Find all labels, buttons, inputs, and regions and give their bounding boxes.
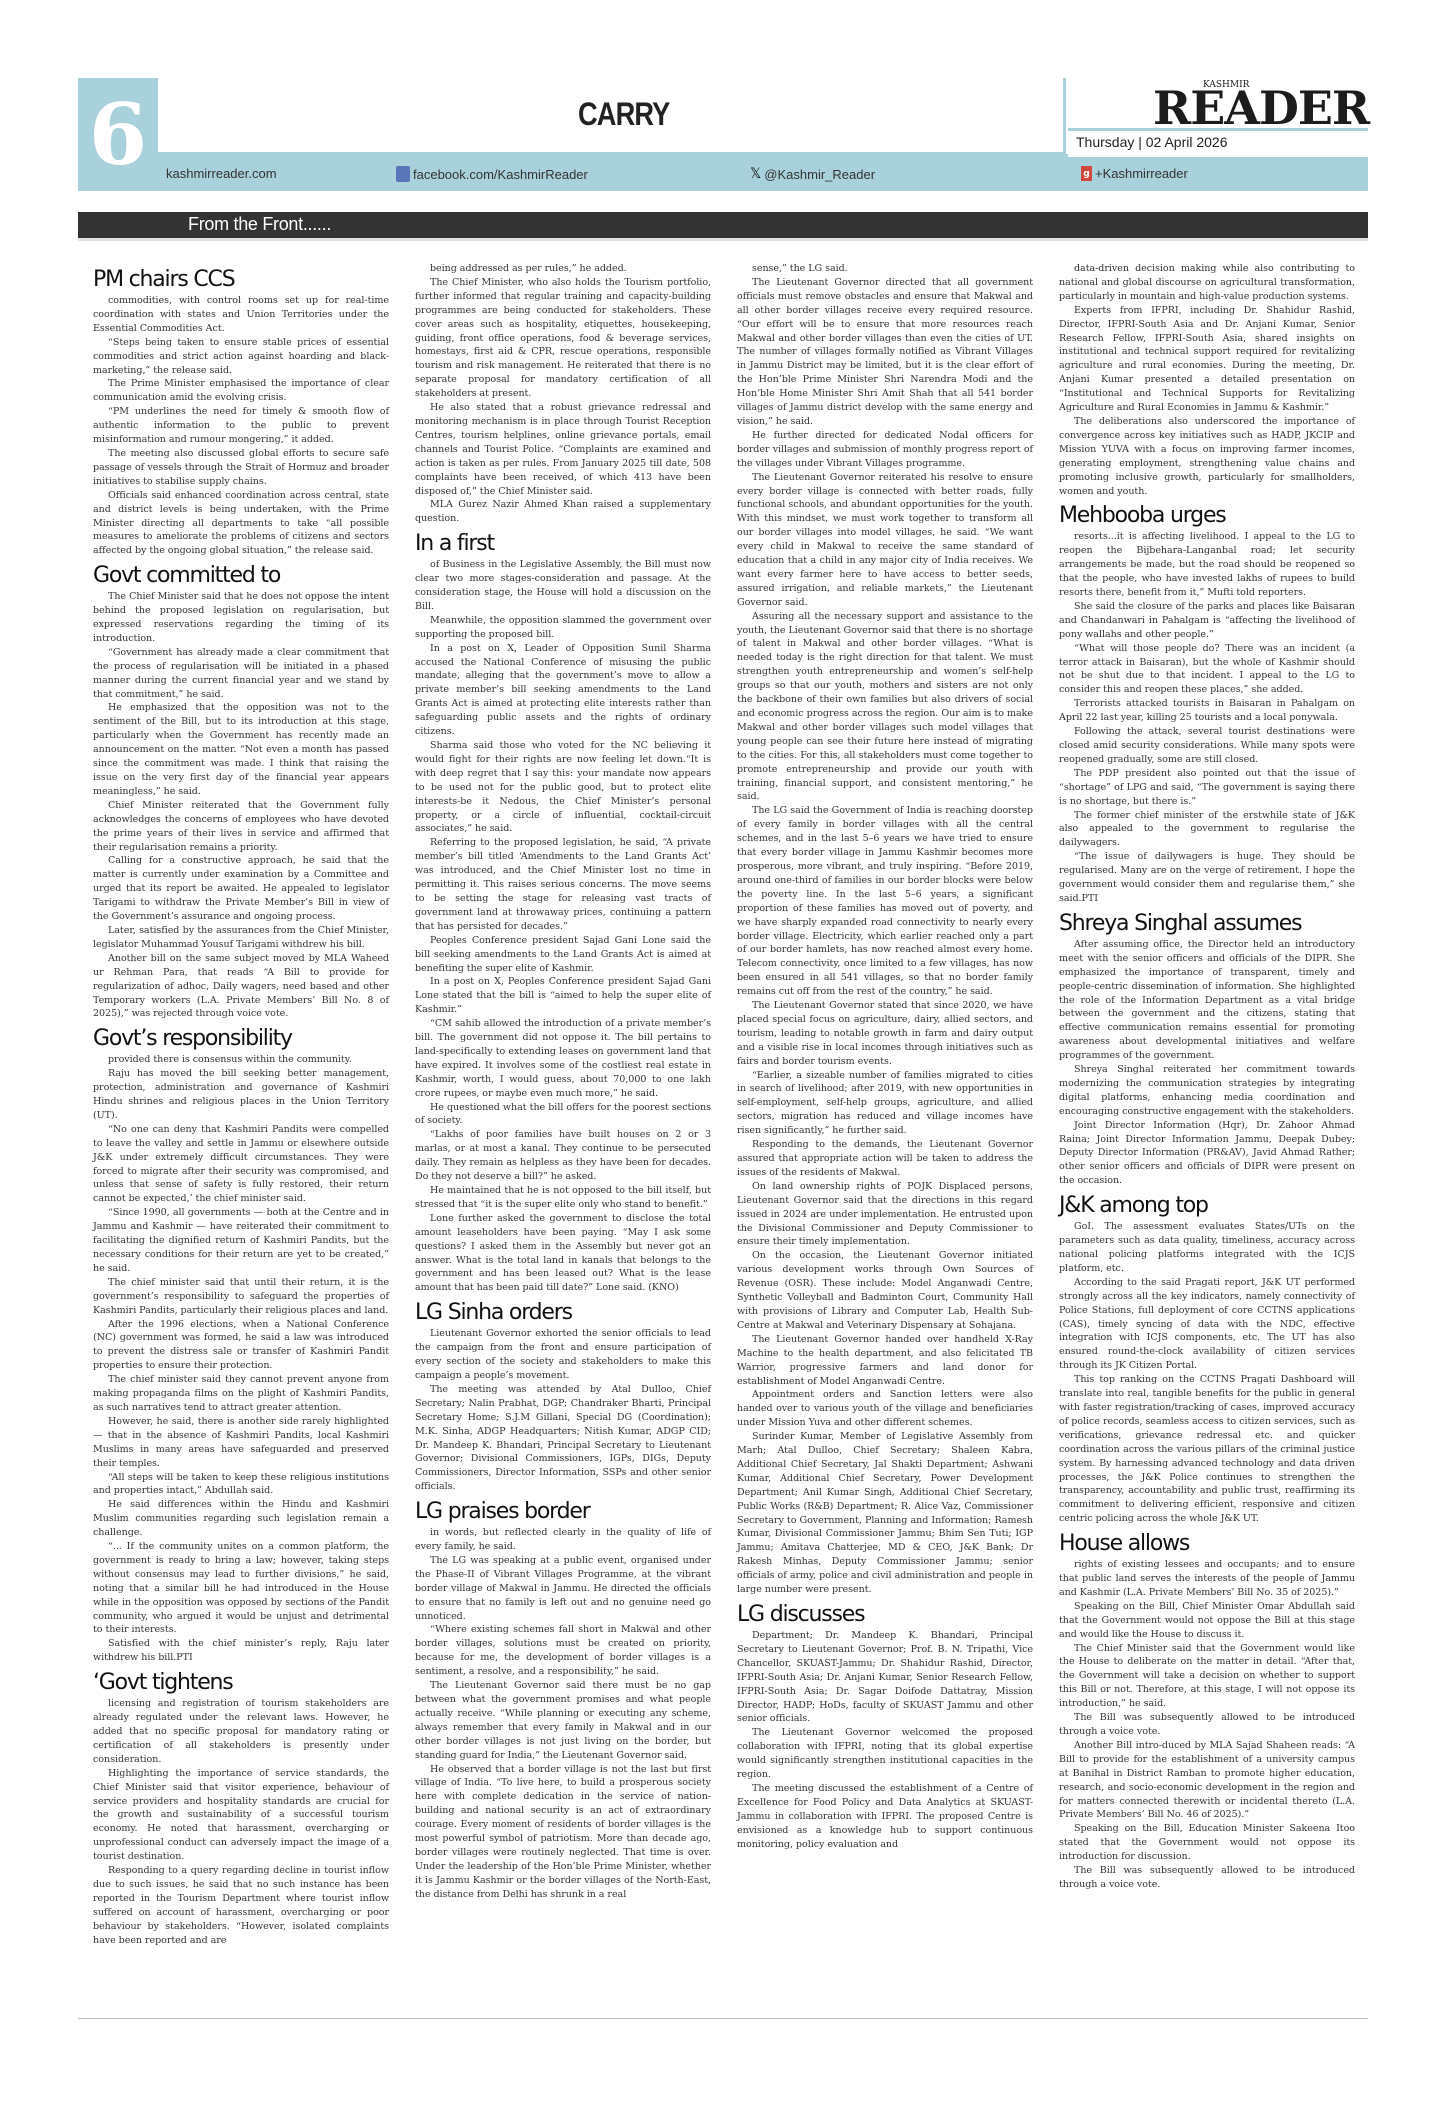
twitter-link[interactable]: 𝕏 @Kashmir_Reader (750, 166, 875, 182)
story-paragraph: The meeting discussed the establishment … (737, 1782, 1033, 1852)
story-paragraph: Department; Dr. Mandeep K. Bhandari, Pri… (737, 1629, 1033, 1726)
column-3: sense,” the LG said.The Lieutenant Gover… (737, 262, 1033, 1948)
story-paragraph: Highlighting the importance of service s… (93, 1767, 389, 1864)
story-paragraph: of Business in the Legislative Assembly,… (415, 558, 711, 614)
story-paragraph: Following the attack, several tourist de… (1059, 725, 1355, 767)
story-headline[interactable]: PM chairs CCS (93, 268, 389, 292)
story-paragraph: Surinder Kumar, Member of Legislative As… (737, 1430, 1033, 1597)
story-paragraph: He questioned what the bill offers for t… (415, 1101, 711, 1129)
story-paragraph: He further directed for dedicated Nodal … (737, 429, 1033, 471)
news-story: Mehbooba urgesresorts...it is affecting … (1059, 504, 1355, 905)
bottom-rule (78, 2018, 1368, 2019)
story-paragraph: The meeting was attended by Atal Dulloo,… (415, 1383, 711, 1494)
story-paragraph: “PM underlines the need for timely & smo… (93, 405, 389, 447)
story-paragraph: MLA Gurez Nazir Ahmed Khan raised a supp… (415, 498, 711, 526)
story-paragraph: “Since 1990, all governments — both at t… (93, 1206, 389, 1276)
masthead: 6 CARRY KASHMIR READER Thursday | 02 Apr… (78, 78, 1368, 191)
story-paragraph: Raju has moved the bill seeking better m… (93, 1067, 389, 1123)
story-paragraph: In a post on X, Peoples Conference presi… (415, 975, 711, 1017)
story-paragraph: being addressed as per rules,” he added. (415, 262, 711, 276)
news-story: LG discussesDepartment; Dr. Mandeep K. B… (737, 1603, 1033, 1852)
story-paragraph: He observed that a border village is not… (415, 1763, 711, 1902)
story-paragraph: resorts...it is affecting livelihood. I … (1059, 530, 1355, 600)
story-paragraph: The meeting also discussed global effort… (93, 447, 389, 489)
facebook-label: facebook.com/KashmirReader (413, 167, 588, 182)
story-headline[interactable]: LG Sinha orders (415, 1301, 711, 1325)
story-paragraph: The Chief Minister said that the Governm… (1059, 1642, 1355, 1712)
story-headline[interactable]: Mehbooba urges (1059, 504, 1355, 528)
story-paragraph: The Lieutenant Governor stated that sinc… (737, 999, 1033, 1069)
article-columns: PM chairs CCScommodities, with control r… (93, 262, 1358, 1948)
story-paragraph: “Lakhs of poor families have built house… (415, 1128, 711, 1184)
story-headline[interactable]: In a first (415, 532, 711, 556)
story-paragraph: The former chief minister of the erstwhi… (1059, 809, 1355, 851)
googleplus-link[interactable]: g +Kashmirreader (1081, 166, 1188, 181)
story-paragraph: Responding to the demands, the Lieutenan… (737, 1138, 1033, 1180)
news-story: Govt committed toThe Chief Minister said… (93, 564, 389, 1021)
twitter-label: @Kashmir_Reader (764, 167, 875, 182)
story-headline[interactable]: Shreya Singhal assumes (1059, 912, 1355, 936)
story-paragraph: Terrorists attacked tourists in Baisaran… (1059, 697, 1355, 725)
story-paragraph: However, he said, there is another side … (93, 1415, 389, 1471)
story-paragraph: Officials said enhanced coordination acr… (93, 489, 389, 559)
story-paragraph: In a post on X, Leader of Opposition Sun… (415, 642, 711, 739)
story-paragraph: The Prime Minister emphasised the import… (93, 377, 389, 405)
news-story: being addressed as per rules,” he added.… (415, 262, 711, 526)
story-paragraph: Appointment orders and Sanction letters … (737, 1388, 1033, 1430)
website-link[interactable]: kashmirreader.com (166, 166, 277, 181)
story-paragraph: The PDP president also pointed out that … (1059, 767, 1355, 809)
story-paragraph: The Bill was subsequently allowed to be … (1059, 1864, 1355, 1892)
news-story: sense,” the LG said.The Lieutenant Gover… (737, 262, 1033, 1597)
story-paragraph: “Where existing schemes fall short in Ma… (415, 1623, 711, 1679)
masthead-divider (158, 152, 1063, 155)
story-paragraph: “CM sahib allowed the introduction of a … (415, 1017, 711, 1100)
column-1: PM chairs CCScommodities, with control r… (93, 262, 389, 1948)
story-paragraph: He said differences within the Hindu and… (93, 1498, 389, 1540)
story-paragraph: Referring to the proposed legislation, h… (415, 836, 711, 933)
news-story: ‘Govt tightenslicensing and registration… (93, 1671, 389, 1947)
website-label: kashmirreader.com (166, 166, 277, 181)
story-headline[interactable]: J&K among top (1059, 1194, 1355, 1218)
story-headline[interactable]: Govt’s responsibility (93, 1027, 389, 1051)
news-story: J&K among topGoI. The assessment evaluat… (1059, 1194, 1355, 1526)
story-paragraph: The Chief Minister said that he does not… (93, 590, 389, 646)
story-paragraph: This top ranking on the CCTNS Pragati Da… (1059, 1373, 1355, 1526)
googleplus-label: +Kashmirreader (1095, 166, 1188, 181)
page-number: 6 (78, 78, 158, 191)
story-paragraph: Later, satisfied by the assurances from … (93, 924, 389, 952)
section-bar-label: From the Front...... (188, 214, 331, 235)
column-4: data-driven decision making while also c… (1059, 262, 1355, 1948)
story-paragraph: After assuming office, the Director held… (1059, 938, 1355, 1063)
story-paragraph: Speaking on the Bill, Education Minister… (1059, 1822, 1355, 1864)
story-paragraph: The deliberations also underscored the i… (1059, 415, 1355, 498)
logo-reader: READER (1153, 81, 1369, 135)
googleplus-icon: g (1081, 166, 1092, 181)
masthead-vertical-divider (1063, 78, 1066, 154)
story-paragraph: GoI. The assessment evaluates States/UTs… (1059, 1220, 1355, 1276)
story-paragraph: Responding to a query regarding decline … (93, 1864, 389, 1947)
news-story: data-driven decision making while also c… (1059, 262, 1355, 498)
news-story: LG Sinha ordersLieutenant Governor exhor… (415, 1301, 711, 1494)
story-paragraph: Another Bill intro-duced by MLA Sajad Sh… (1059, 1739, 1355, 1822)
news-story: In a firstof Business in the Legislative… (415, 532, 711, 1295)
story-paragraph: Sharma said those who voted for the NC b… (415, 739, 711, 836)
story-paragraph: The Lieutenant Governor reiterated his r… (737, 471, 1033, 610)
story-paragraph: He emphasized that the opposition was no… (93, 701, 389, 798)
section-bar: From the Front...... (78, 212, 1368, 241)
story-paragraph: He also stated that a robust grievance r… (415, 401, 711, 498)
story-paragraph: The chief minister said that until their… (93, 1276, 389, 1318)
story-paragraph: The Bill was subsequently allowed to be … (1059, 1711, 1355, 1739)
story-paragraph: She said the closure of the parks and pl… (1059, 600, 1355, 642)
story-paragraph: “Government has already made a clear com… (93, 646, 389, 702)
story-paragraph: He maintained that he is not opposed to … (415, 1184, 711, 1212)
story-paragraph: Meanwhile, the opposition slammed the go… (415, 614, 711, 642)
story-paragraph: data-driven decision making while also c… (1059, 262, 1355, 304)
story-paragraph: Peoples Conference president Sajad Gani … (415, 934, 711, 976)
news-story: Govt’s responsibilityprovided there is c… (93, 1027, 389, 1665)
story-paragraph: “The issue of dailywagers is huge. They … (1059, 850, 1355, 906)
story-headline[interactable]: ‘Govt tightens (93, 1671, 389, 1695)
column-2: being addressed as per rules,” he added.… (415, 262, 711, 1948)
section-title: CARRY (578, 96, 669, 133)
story-paragraph: “Earlier, a sizeable number of families … (737, 1069, 1033, 1139)
story-paragraph: Another bill on the same subject moved b… (93, 952, 389, 1022)
story-paragraph: The chief minister said they cannot prev… (93, 1373, 389, 1415)
story-paragraph: Joint Director Information (Hqr), Dr. Za… (1059, 1119, 1355, 1189)
story-paragraph: “... If the community unites on a common… (93, 1540, 389, 1637)
story-paragraph: On the occasion, the Lieutenant Governor… (737, 1249, 1033, 1332)
story-paragraph: The Lieutenant Governor said there must … (415, 1679, 711, 1762)
story-paragraph: rights of existing lessees and occupants… (1059, 1558, 1355, 1600)
story-paragraph: licensing and registration of tourism st… (93, 1697, 389, 1767)
story-paragraph: sense,” the LG said. (737, 262, 1033, 276)
story-paragraph: provided there is consensus within the c… (93, 1053, 389, 1067)
story-paragraph: After the 1996 elections, when a Nationa… (93, 1318, 389, 1374)
news-story: House allowsrights of existing lessees a… (1059, 1532, 1355, 1892)
logo-kashmir: KASHMIR (1203, 80, 1249, 90)
story-paragraph: Calling for a constructive approach, he … (93, 854, 389, 924)
story-headline[interactable]: House allows (1059, 1532, 1355, 1556)
story-paragraph: “All steps will be taken to keep these r… (93, 1471, 389, 1499)
story-paragraph: Experts from IFPRI, including Dr. Shahid… (1059, 304, 1355, 415)
facebook-link[interactable]: facebook.com/KashmirReader (396, 166, 588, 182)
story-paragraph: in words, but reflected clearly in the q… (415, 1526, 711, 1554)
story-paragraph: Shreya Singhal reiterated her commitment… (1059, 1063, 1355, 1119)
story-paragraph: “Steps being taken to ensure stable pric… (93, 336, 389, 378)
story-paragraph: Speaking on the Bill, Chief Minister Oma… (1059, 1600, 1355, 1642)
news-story: PM chairs CCScommodities, with control r… (93, 268, 389, 558)
story-paragraph: Lieutenant Governor exhorted the senior … (415, 1327, 711, 1383)
story-paragraph: On land ownership rights of POJK Displac… (737, 1180, 1033, 1250)
story-paragraph: The Lieutenant Governor directed that al… (737, 276, 1033, 429)
facebook-icon (396, 166, 410, 182)
story-paragraph: Assuring all the necessary support and a… (737, 610, 1033, 805)
story-paragraph: The Chief Minister, who also holds the T… (415, 276, 711, 401)
news-story: Shreya Singhal assumesAfter assuming off… (1059, 912, 1355, 1188)
date-box: Thursday | 02 April 2026 (1068, 128, 1368, 157)
story-paragraph: “No one can deny that Kashmiri Pandits w… (93, 1123, 389, 1206)
story-paragraph: Satisfied with the chief minister’s repl… (93, 1637, 389, 1665)
story-paragraph: Chief Minister reiterated that the Gover… (93, 799, 389, 855)
story-paragraph: The Lieutenant Governor handed over hand… (737, 1333, 1033, 1389)
story-paragraph: According to the said Pragati report, J&… (1059, 1276, 1355, 1373)
story-paragraph: “What will those people do? There was an… (1059, 642, 1355, 698)
story-paragraph: Lone further asked the government to dis… (415, 1212, 711, 1295)
story-headline[interactable]: LG praises border (415, 1500, 711, 1524)
story-paragraph: commodities, with control rooms set up f… (93, 294, 389, 336)
story-paragraph: The Lieutenant Governor welcomed the pro… (737, 1726, 1033, 1782)
story-paragraph: The LG was speaking at a public event, o… (415, 1554, 711, 1624)
story-headline[interactable]: LG discusses (737, 1603, 1033, 1627)
story-headline[interactable]: Govt committed to (93, 564, 389, 588)
news-story: LG praises borderin words, but reflected… (415, 1500, 711, 1901)
issue-date: Thursday | 02 April 2026 (1076, 134, 1228, 150)
x-icon: 𝕏 (750, 166, 761, 182)
story-paragraph: The LG said the Government of India is r… (737, 804, 1033, 999)
